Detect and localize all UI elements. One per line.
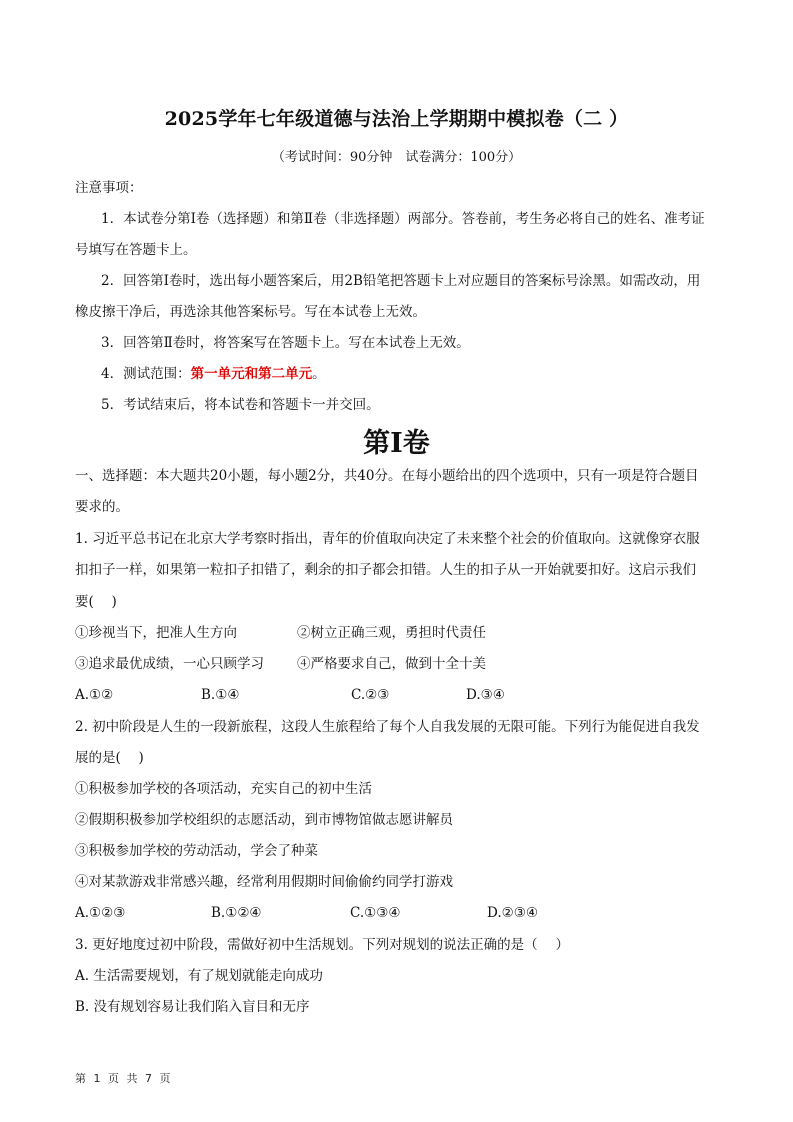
exam-title: 2025学年七年级道德与法治上学期期中模拟卷（二 ）: [0, 104, 793, 131]
note-1-line-2: 号填写在答题卡上。: [75, 240, 197, 260]
question-2-option-b: B.①②④: [211, 903, 262, 923]
question-1-statement-3: ③追求最优成绩，一心只顾学习: [75, 654, 264, 674]
question-2-option-a: A.①②③: [75, 903, 125, 923]
notes-heading: 注意事项：: [75, 178, 143, 198]
note-4: 4．测试范围：第一单元和第二单元。: [101, 364, 326, 384]
question-3-stem-line-1: 3. 更好地度过初中阶段，需做好初中生活规划。下列对规划的说法正确的是（ ）: [75, 935, 569, 955]
question-1-option-c: C.②③: [351, 685, 389, 705]
question-2-stem-line-1: 2. 初中阶段是人生的一段新旅程，这段人生旅程给了每个人自我发展的无限可能。下列…: [75, 717, 700, 737]
question-3-option-a: A. 生活需要规划，有了规划就能走向成功: [75, 966, 323, 986]
note-2-line-2: 橡皮擦干净后，再选涂其他答案标号。写在本试卷上无效。: [75, 302, 426, 322]
question-1-statement-4: ④严格要求自己，做到十全十美: [297, 654, 486, 674]
question-1-option-a: A.①②: [75, 685, 113, 705]
section-instruction-line-2: 要求的。: [75, 497, 129, 517]
note-4-prefix: 4．测试范围：: [101, 366, 191, 382]
note-2-line-1: 2．回答第Ⅰ卷时，选出每小题答案后，用2B铅笔把答题卡上对应题目的答案标号涂黑。…: [101, 271, 700, 291]
question-1-stem-line-3: 要( ): [75, 592, 117, 612]
question-2-stem-line-2: 展的是( ): [75, 748, 144, 768]
exam-subtitle: （考试时间：90分钟 试卷满分：100分）: [0, 146, 793, 165]
page-number-footer: 第 1 页 共 7 页: [75, 1070, 172, 1086]
question-2-statement-1: ①积极参加学校的各项活动，充实自己的初中生活: [75, 779, 372, 799]
question-2-statement-3: ③积极参加学校的劳动活动，学会了种菜: [75, 841, 318, 861]
note-3: 3．回答第Ⅱ卷时，将答案写在答题卡上。写在本试卷上无效。: [101, 333, 470, 353]
question-1-option-b: B.①④: [201, 685, 239, 705]
section-title: 第Ⅰ卷: [0, 421, 793, 460]
note-1-line-1: 1．本试卷分第Ⅰ卷（选择题）和第Ⅱ卷（非选择题）两部分。答卷前，考生务必将自己的…: [101, 209, 705, 229]
note-4-suffix: 。: [312, 366, 326, 382]
question-1-statement-2: ②树立正确三观，勇担时代责任: [297, 623, 486, 643]
question-2-option-c: C.①③④: [350, 903, 400, 923]
question-3-option-b: B. 没有规划容易让我们陷入盲目和无序: [75, 997, 310, 1017]
note-5: 5．考试结束后，将本试卷和答题卡一并交回。: [101, 395, 380, 415]
question-1-option-d: D.③④: [466, 685, 505, 705]
test-scope-highlight: 第一单元和第二单元: [191, 366, 313, 382]
question-2-statement-2: ②假期积极参加学校组织的志愿活动，到市博物馆做志愿讲解员: [75, 810, 453, 830]
question-2-statement-4: ④对某款游戏非常感兴趣，经常利用假期时间偷偷约同学打游戏: [75, 872, 453, 892]
question-1-statement-1: ①珍视当下，把准人生方向: [75, 623, 237, 643]
section-instruction-line-1: 一、选择题：本大题共20小题，每小题2分，共40分。在每小题给出的四个选项中，只…: [75, 466, 698, 486]
question-1-stem-line-2: 扣扣子一样，如果第一粒扣子扣错了，剩余的扣子都会扣错。人生的扣子从一开始就要扣好…: [75, 560, 696, 580]
question-1-stem-line-1: 1. 习近平总书记在北京大学考察时指出，青年的价值取向决定了未来整个社会的价值取…: [75, 529, 700, 549]
question-2-option-d: D.②③④: [487, 903, 538, 923]
